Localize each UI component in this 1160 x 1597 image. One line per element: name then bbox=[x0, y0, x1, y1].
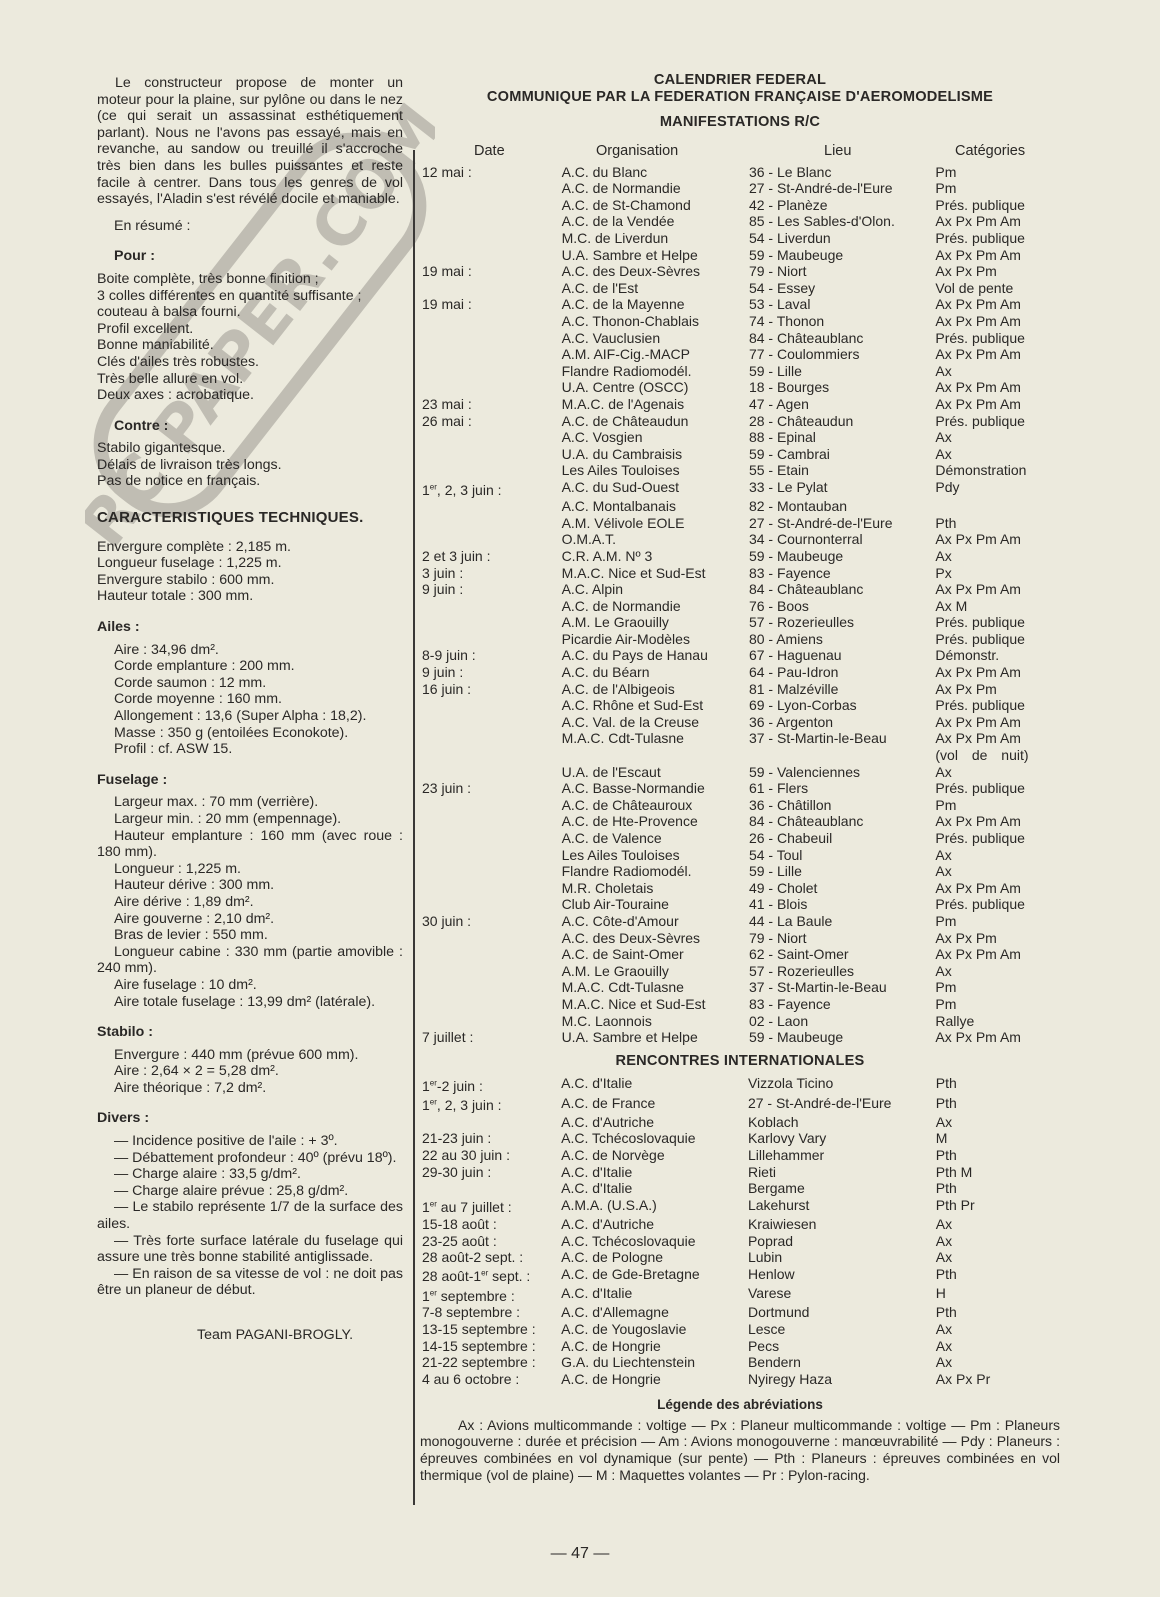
cell-date bbox=[420, 1114, 561, 1131]
cell-categories: Ax Px Pm bbox=[935, 263, 1060, 280]
table-row: 9 juin :A.C. Alpin84 - ChâteaublancAx Px… bbox=[420, 581, 1060, 598]
cell-lieu: 61 - Flers bbox=[749, 780, 935, 797]
cell-categories: Ax Px Pm Am bbox=[935, 1029, 1060, 1046]
cell-categories: Démonstr. bbox=[935, 647, 1060, 664]
cell-organisation: M.R. Choletais bbox=[562, 880, 749, 897]
list-item: Aire : 34,96 dm². bbox=[97, 642, 403, 659]
table-row: 21-22 septembre :G.A. du LiechtensteinBe… bbox=[420, 1354, 1060, 1371]
table-row: 29-30 juin :A.C. d'ItalieRietiPth M bbox=[420, 1164, 1060, 1181]
cell-date: 29-30 juin : bbox=[420, 1164, 561, 1181]
list-item: — Charge alaire prévue : 25,8 g/dm². bbox=[97, 1183, 403, 1200]
table-row: M.R. Choletais49 - CholetAx Px Pm Am bbox=[420, 880, 1060, 897]
summary-label: En résumé : bbox=[97, 218, 403, 235]
cell-lieu: 85 - Les Sables-d'Olon. bbox=[749, 213, 935, 230]
table-row: A.C. de Normandie27 - St-André-de-l'Eure… bbox=[420, 180, 1060, 197]
table-row: 28 août-1er sept. :A.C. de Gde-BretagneH… bbox=[420, 1266, 1060, 1285]
cell-lieu: 57 - Rozerieulles bbox=[749, 614, 935, 631]
cell-lieu: 27 - St-André-de-l'Eure bbox=[749, 515, 935, 532]
cell-organisation: A.C. de l'Est bbox=[562, 280, 749, 297]
cell-categories: Ax Px Pm bbox=[935, 681, 1060, 698]
cell-lieu: 27 - St-André-de-l'Eure bbox=[748, 1095, 934, 1114]
table-row: M.A.C. Cdt-Tulasne37 - St-Martin-le-Beau… bbox=[420, 979, 1060, 996]
cell-lieu: 37 - St-Martin-le-Beau bbox=[749, 730, 935, 747]
table-row: 1er septembre :A.C. d'ItalieVareseH bbox=[420, 1285, 1060, 1304]
cell-date: 28 août-1er sept. : bbox=[420, 1266, 561, 1285]
cell-categories: Prés. publique bbox=[935, 230, 1060, 247]
cell-organisation: A.C. Thonon-Chablais bbox=[562, 313, 749, 330]
cell-date: 22 au 30 juin : bbox=[420, 1147, 561, 1164]
cell-date bbox=[420, 498, 562, 515]
cell-organisation: O.M.A.T. bbox=[562, 531, 749, 548]
cell-lieu: 59 - Maubeuge bbox=[749, 1029, 935, 1046]
table-row: A.M. Le Graouilly57 - RozerieullesAx bbox=[420, 963, 1060, 980]
cell-organisation: A.C. Vosgien bbox=[562, 429, 749, 446]
cell-lieu: 54 - Toul bbox=[749, 847, 935, 864]
cell-lieu: Bergame bbox=[748, 1180, 934, 1197]
table-row: 16 juin :A.C. de l'Albigeois81 - Malzévi… bbox=[420, 681, 1060, 698]
table-row: A.C. d'AutricheKoblachAx bbox=[420, 1114, 1060, 1131]
table-row: 22 au 30 juin :A.C. de NorvègeLillehamme… bbox=[420, 1147, 1060, 1164]
cell-date: 19 mai : bbox=[420, 263, 562, 280]
cell-lieu bbox=[749, 747, 935, 764]
col-header-organisation: Organisation bbox=[560, 143, 748, 160]
cell-organisation: A.C. de St-Chamond bbox=[562, 197, 749, 214]
cell-date bbox=[420, 614, 562, 631]
table-row: A.C. de St-Chamond42 - PlanèzePrés. publ… bbox=[420, 197, 1060, 214]
cell-organisation: M.A.C. de l'Agenais bbox=[562, 396, 749, 413]
cell-categories: Pth bbox=[934, 1180, 1060, 1197]
cell-lieu: 79 - Niort bbox=[749, 930, 935, 947]
table-row: Club Air-Touraine41 - BloisPrés. publiqu… bbox=[420, 896, 1060, 913]
list-item: Profil : cf. ASW 15. bbox=[97, 741, 403, 758]
list-item: Hauteur emplanture : 160 mm (avec roue :… bbox=[97, 828, 403, 861]
cell-categories: Pth bbox=[935, 515, 1060, 532]
cell-date bbox=[420, 896, 562, 913]
list-item: Deux axes : acrobatique. bbox=[97, 387, 403, 404]
cell-date: 7 juillet : bbox=[420, 1029, 562, 1046]
cell-lieu: 64 - Pau-Idron bbox=[749, 664, 935, 681]
list-item: Bras de levier : 550 mm. bbox=[97, 927, 403, 944]
cell-lieu: 83 - Fayence bbox=[749, 996, 935, 1013]
calendar-title: CALENDRIER FEDERAL bbox=[420, 72, 1060, 89]
list-item: Longueur : 1,225 m. bbox=[97, 861, 403, 878]
cell-organisation: M.A.C. Cdt-Tulasne bbox=[562, 730, 749, 747]
cell-categories: Ax Px Pr bbox=[934, 1371, 1060, 1388]
cell-organisation: A.C. de Hte-Provence bbox=[562, 813, 749, 830]
cell-organisation: A.C. Vauclusien bbox=[562, 330, 749, 347]
cell-organisation: A.C. de Valence bbox=[562, 830, 749, 847]
fuselage-heading: Fuselage : bbox=[97, 772, 403, 789]
stabilo-list: Envergure : 440 mm (prévue 600 mm).Aire … bbox=[97, 1047, 403, 1097]
cell-date: 9 juin : bbox=[420, 664, 562, 681]
cell-lieu: Lubin bbox=[748, 1249, 934, 1266]
cell-date bbox=[420, 747, 562, 764]
cell-categories: Ax Px Pm Am bbox=[935, 946, 1060, 963]
cell-categories: Pdy bbox=[935, 479, 1060, 498]
cell-organisation: A.C. de Norvège bbox=[561, 1147, 748, 1164]
table-row: 30 juin :A.C. Côte-d'Amour44 - La BauleP… bbox=[420, 913, 1060, 930]
cell-lieu: 36 - Argenton bbox=[749, 714, 935, 731]
cell-categories: Prés. publique bbox=[935, 413, 1060, 430]
cell-organisation: A.M. Le Graouilly bbox=[562, 963, 749, 980]
cell-date: 1er septembre : bbox=[420, 1285, 561, 1304]
cell-categories: Ax bbox=[935, 363, 1060, 380]
table-row: M.A.C. Nice et Sud-Est83 - FayencePm bbox=[420, 996, 1060, 1013]
cell-categories: Ax bbox=[934, 1249, 1060, 1266]
cell-lieu: 59 - Maubeuge bbox=[749, 548, 935, 565]
table-row: 7-8 septembre :A.C. d'AllemagneDortmundP… bbox=[420, 1304, 1060, 1321]
cell-date bbox=[420, 280, 562, 297]
list-item: Très belle allure en vol. bbox=[97, 371, 403, 388]
table-row: M.A.C. Cdt-Tulasne37 - St-Martin-le-Beau… bbox=[420, 730, 1060, 747]
cell-categories: Prés. publique bbox=[935, 780, 1060, 797]
table-row: 23-25 août :A.C. TchécoslovaquiePopradAx bbox=[420, 1233, 1060, 1250]
table-row: M.C. Laonnois02 - LaonRallye bbox=[420, 1013, 1060, 1030]
cell-categories: Ax Px Pm Am bbox=[935, 880, 1060, 897]
table-row: 3 juin :M.A.C. Nice et Sud-Est83 - Fayen… bbox=[420, 565, 1060, 582]
cell-lieu: Lesce bbox=[748, 1321, 934, 1338]
cell-lieu: 59 - Cambrai bbox=[749, 446, 935, 463]
cell-date bbox=[420, 979, 562, 996]
cell-lieu: Koblach bbox=[748, 1114, 934, 1131]
cell-organisation: A.C. d'Italie bbox=[561, 1285, 748, 1304]
cell-categories: Ax bbox=[934, 1321, 1060, 1338]
article-column: Le constructeur propose de monter un mot… bbox=[97, 75, 403, 1344]
cell-date bbox=[420, 213, 562, 230]
list-item: Largeur max. : 70 mm (verrière). bbox=[97, 794, 403, 811]
cell-categories: Rallye bbox=[935, 1013, 1060, 1030]
cell-organisation: M.C. Laonnois bbox=[562, 1013, 749, 1030]
cell-lieu: 62 - Saint-Omer bbox=[749, 946, 935, 963]
cell-categories: Pth bbox=[934, 1266, 1060, 1285]
table-row: 1er au 7 juillet :A.M.A. (U.S.A.)Lakehur… bbox=[420, 1197, 1060, 1216]
table-row: A.C. Val. de la Creuse36 - ArgentonAx Px… bbox=[420, 714, 1060, 731]
cell-organisation: A.C. du Béarn bbox=[562, 664, 749, 681]
table-row: 14-15 septembre :A.C. de HongriePecsAx bbox=[420, 1338, 1060, 1355]
cell-date bbox=[420, 346, 562, 363]
cell-date bbox=[420, 880, 562, 897]
list-item: — Très forte surface latérale du fuselag… bbox=[97, 1233, 403, 1266]
table-row: A.C. de Normandie76 - BoosAx M bbox=[420, 598, 1060, 615]
cell-categories: Pm bbox=[935, 797, 1060, 814]
list-item: Largeur min. : 20 mm (empennage). bbox=[97, 811, 403, 828]
table-row: 4 au 6 octobre :A.C. de HongrieNyiregy H… bbox=[420, 1371, 1060, 1388]
table-row: 23 juin :A.C. Basse-Normandie61 - FlersP… bbox=[420, 780, 1060, 797]
cell-lieu: 59 - Valenciennes bbox=[749, 764, 935, 781]
cell-organisation: A.C. de France bbox=[561, 1095, 748, 1114]
page-number: — 47 — bbox=[0, 1545, 1160, 1563]
col-header-lieu: Lieu bbox=[748, 143, 935, 160]
list-item: Aire : 2,64 × 2 = 5,28 dm². bbox=[97, 1063, 403, 1080]
legend-heading: Légende des abréviations bbox=[420, 1397, 1060, 1414]
cell-categories: Prés. publique bbox=[935, 631, 1060, 648]
cell-categories: Ax Px Pm Am bbox=[935, 714, 1060, 731]
cell-categories: Ax M bbox=[935, 598, 1060, 615]
cell-organisation: A.C. d'Italie bbox=[561, 1075, 748, 1094]
cell-organisation: A.C. Côte-d'Amour bbox=[562, 913, 749, 930]
cell-categories: Prés. publique bbox=[935, 197, 1060, 214]
cell-categories: Prés. publique bbox=[935, 614, 1060, 631]
list-item: Envergure complète : 2,185 m. bbox=[97, 539, 403, 556]
cell-lieu: 42 - Planèze bbox=[749, 197, 935, 214]
cell-date: 14-15 septembre : bbox=[420, 1338, 561, 1355]
table-row: U.A. de l'Escaut59 - ValenciennesAx bbox=[420, 764, 1060, 781]
list-item: Corde saumon : 12 mm. bbox=[97, 675, 403, 692]
cell-categories: Ax Px Pm Am bbox=[935, 396, 1060, 413]
cell-organisation: A.C. de Yougoslavie bbox=[561, 1321, 748, 1338]
cell-lieu: Lakehurst bbox=[748, 1197, 934, 1216]
table-row: 21-23 juin :A.C. TchécoslovaquieKarlovy … bbox=[420, 1130, 1060, 1147]
cell-organisation: A.C. de Normandie bbox=[562, 598, 749, 615]
table-row: O.M.A.T.34 - CournonterralAx Px Pm Am bbox=[420, 531, 1060, 548]
cell-date bbox=[420, 714, 562, 731]
divers-list: — Incidence positive de l'aile : + 3º.— … bbox=[97, 1133, 403, 1299]
cell-date: 23 juin : bbox=[420, 780, 562, 797]
cell-organisation: A.C. Tchécoslovaquie bbox=[561, 1130, 748, 1147]
cell-date: 9 juin : bbox=[420, 581, 562, 598]
list-item: Hauteur totale : 300 mm. bbox=[97, 588, 403, 605]
intl-heading: RENCONTRES INTERNATIONALES bbox=[420, 1053, 1060, 1070]
cell-organisation: Club Air-Touraine bbox=[562, 896, 749, 913]
cell-categories: Ax Px Pm Am bbox=[935, 379, 1060, 396]
cell-organisation: A.C. de l'Albigeois bbox=[562, 681, 749, 698]
cell-categories: Ax bbox=[935, 963, 1060, 980]
cell-lieu: Kraiwiesen bbox=[748, 1216, 934, 1233]
cell-organisation: A.C. du Blanc bbox=[562, 164, 749, 181]
cell-categories: H bbox=[934, 1285, 1060, 1304]
cell-categories: Ax Px Pm Am bbox=[935, 213, 1060, 230]
article-signature: Team PAGANI-BROGLY. bbox=[97, 1327, 403, 1344]
table-row: 26 mai :A.C. de Châteaudun28 - Châteaudu… bbox=[420, 413, 1060, 430]
list-item: Envergure stabilo : 600 mm. bbox=[97, 572, 403, 589]
cell-date bbox=[420, 697, 562, 714]
cell-lieu: 33 - Le Pylat bbox=[749, 479, 935, 498]
cell-categories: Ax bbox=[935, 764, 1060, 781]
tech-list: Envergure complète : 2,185 m.Longueur fu… bbox=[97, 539, 403, 605]
cell-lieu: 57 - Rozerieulles bbox=[749, 963, 935, 980]
cell-organisation: A.C. Alpin bbox=[562, 581, 749, 598]
cell-categories: Pm bbox=[935, 996, 1060, 1013]
cell-lieu: 84 - Châteaublanc bbox=[749, 330, 935, 347]
cell-date: 23 mai : bbox=[420, 396, 562, 413]
column-divider bbox=[413, 150, 415, 1505]
cell-organisation: M.A.C. Nice et Sud-Est bbox=[562, 996, 749, 1013]
cell-lieu: 18 - Bourges bbox=[749, 379, 935, 396]
cell-organisation: A.C. des Deux-Sèvres bbox=[562, 263, 749, 280]
cell-lieu: 36 - Le Blanc bbox=[749, 164, 935, 181]
cell-date: 12 mai : bbox=[420, 164, 562, 181]
table-row: (vol de nuit) bbox=[420, 747, 1060, 764]
cell-organisation: A.C. d'Italie bbox=[561, 1164, 748, 1181]
cell-date bbox=[420, 830, 562, 847]
list-item: Pas de notice en français. bbox=[97, 473, 403, 490]
table-row: U.A. Centre (OSCC)18 - BourgesAx Px Pm A… bbox=[420, 379, 1060, 396]
cell-categories: Ax bbox=[934, 1114, 1060, 1131]
list-item: Délais de livraison très longs. bbox=[97, 457, 403, 474]
list-item: Aire totale fuselage : 13,99 dm² (latéra… bbox=[97, 994, 403, 1011]
table-row: A.C. de l'Est54 - EsseyVol de pente bbox=[420, 280, 1060, 297]
cell-categories: Ax Px Pm Am bbox=[935, 581, 1060, 598]
cell-categories: Pm bbox=[935, 979, 1060, 996]
cell-organisation: A.C. de Hongrie bbox=[561, 1338, 748, 1355]
cell-organisation: A.C. de la Mayenne bbox=[562, 296, 749, 313]
intl-table-body: 1er-2 juin :A.C. d'ItalieVizzola TicinoP… bbox=[420, 1075, 1060, 1387]
cell-categories: Px bbox=[935, 565, 1060, 582]
cell-date: 1er, 2, 3 juin : bbox=[420, 1095, 561, 1114]
cell-organisation: U.A. Centre (OSCC) bbox=[562, 379, 749, 396]
cell-date: 15-18 août : bbox=[420, 1216, 561, 1233]
cell-categories: Ax bbox=[935, 847, 1060, 864]
cell-date: 1er-2 juin : bbox=[420, 1075, 561, 1094]
calendar-subtitle: COMMUNIQUE PAR LA FEDERATION FRANÇAISE D… bbox=[420, 89, 1060, 106]
cell-date bbox=[420, 847, 562, 864]
table-row: Les Ailes Touloises54 - ToulAx bbox=[420, 847, 1060, 864]
table-row: 1er-2 juin :A.C. d'ItalieVizzola TicinoP… bbox=[420, 1075, 1060, 1094]
cell-date bbox=[420, 813, 562, 830]
cell-date bbox=[420, 863, 562, 880]
cell-lieu: 59 - Lille bbox=[749, 863, 935, 880]
col-header-categories: Catégories bbox=[935, 143, 1060, 160]
cell-organisation: A.C. Val. de la Creuse bbox=[562, 714, 749, 731]
table-row: 19 mai :A.C. des Deux-Sèvres79 - NiortAx… bbox=[420, 263, 1060, 280]
cell-lieu: 27 - St-André-de-l'Eure bbox=[749, 180, 935, 197]
cell-date: 28 août-2 sept. : bbox=[420, 1249, 561, 1266]
cell-lieu: Karlovy Vary bbox=[748, 1130, 934, 1147]
cell-date bbox=[420, 946, 562, 963]
cell-organisation: A.C. Rhône et Sud-Est bbox=[562, 697, 749, 714]
cell-date bbox=[420, 429, 562, 446]
list-item: — En raison de sa vitesse de vol : ne do… bbox=[97, 1266, 403, 1299]
cell-lieu: 55 - Etain bbox=[749, 462, 935, 479]
cell-categories: Démonstration bbox=[935, 462, 1060, 479]
cell-organisation: A.C. de Hongrie bbox=[561, 1371, 748, 1388]
cell-categories: Ax Px Pm Am bbox=[935, 247, 1060, 264]
cell-organisation: A.C. de Châteauroux bbox=[562, 797, 749, 814]
cell-lieu: Nyiregy Haza bbox=[748, 1371, 934, 1388]
list-item: Stabilo gigantesque. bbox=[97, 440, 403, 457]
cell-date bbox=[420, 531, 562, 548]
cell-date: 19 mai : bbox=[420, 296, 562, 313]
cell-lieu: 77 - Coulommiers bbox=[749, 346, 935, 363]
cell-date bbox=[420, 963, 562, 980]
cell-lieu: Lillehammer bbox=[748, 1147, 934, 1164]
cell-date bbox=[420, 313, 562, 330]
cell-organisation: C.R. A.M. Nº 3 bbox=[562, 548, 749, 565]
cell-categories: Prés. publique bbox=[935, 697, 1060, 714]
table-row: 23 mai :M.A.C. de l'Agenais47 - AgenAx P… bbox=[420, 396, 1060, 413]
list-item: Corde moyenne : 160 mm. bbox=[97, 691, 403, 708]
cell-lieu: 44 - La Baule bbox=[749, 913, 935, 930]
cell-date: 21-23 juin : bbox=[420, 1130, 561, 1147]
cell-date bbox=[420, 730, 562, 747]
table-row: 28 août-2 sept. :A.C. de PologneLubinAx bbox=[420, 1249, 1060, 1266]
cell-date bbox=[420, 515, 562, 532]
cell-categories: Pth bbox=[934, 1095, 1060, 1114]
table-row: Picardie Air-Modèles80 - AmiensPrés. pub… bbox=[420, 631, 1060, 648]
table-row: 19 mai :A.C. de la Mayenne53 - LavalAx P… bbox=[420, 296, 1060, 313]
cell-lieu: 80 - Amiens bbox=[749, 631, 935, 648]
cell-organisation: A.C. de Normandie bbox=[562, 180, 749, 197]
list-item: Clés d'ailes très robustes. bbox=[97, 354, 403, 371]
calendar-table-body: 12 mai :A.C. du Blanc36 - Le BlancPmA.C.… bbox=[420, 164, 1060, 1046]
cell-organisation: A.M. Le Graouilly bbox=[562, 614, 749, 631]
cell-categories: Vol de pente bbox=[935, 280, 1060, 297]
cell-organisation: A.C. du Sud-Ouest bbox=[562, 479, 749, 498]
cell-lieu: 36 - Châtillon bbox=[749, 797, 935, 814]
list-item: Aire gouverne : 2,10 dm². bbox=[97, 911, 403, 928]
cell-lieu: 67 - Haguenau bbox=[749, 647, 935, 664]
cell-categories: Ax bbox=[935, 863, 1060, 880]
calendar-table-header: Date Organisation Lieu Catégories bbox=[420, 143, 1060, 160]
cell-date: 2 et 3 juin : bbox=[420, 548, 562, 565]
cell-date bbox=[420, 462, 562, 479]
table-row: A.C. des Deux-Sèvres79 - NiortAx Px Pm bbox=[420, 930, 1060, 947]
list-item: couteau à balsa fourni. bbox=[97, 304, 403, 321]
calendar-column: CALENDRIER FEDERAL COMMUNIQUE PAR LA FED… bbox=[420, 72, 1060, 1483]
table-row: A.C. de Châteauroux36 - ChâtillonPm bbox=[420, 797, 1060, 814]
cell-date: 16 juin : bbox=[420, 681, 562, 698]
list-item: — Débattement profondeur : 40º (prévu 18… bbox=[97, 1150, 403, 1167]
cell-organisation: Les Ailes Touloises bbox=[562, 847, 749, 864]
cell-categories: Pm bbox=[935, 913, 1060, 930]
cell-organisation: A.C. d'Autriche bbox=[561, 1216, 748, 1233]
table-row: A.C. Vosgien88 - EpinalAx bbox=[420, 429, 1060, 446]
cell-lieu: Vizzola Ticino bbox=[748, 1075, 934, 1094]
cell-lieu: 79 - Niort bbox=[749, 263, 935, 280]
table-row: 1er, 2, 3 juin :A.C. de France27 - St-An… bbox=[420, 1095, 1060, 1114]
list-item: Allongement : 13,6 (Super Alpha : 18,2). bbox=[97, 708, 403, 725]
table-row: A.C. de Saint-Omer62 - Saint-OmerAx Px P… bbox=[420, 946, 1060, 963]
cell-categories: Ax Px Pm Am bbox=[935, 531, 1060, 548]
table-row: 15-18 août :A.C. d'AutricheKraiwiesenAx bbox=[420, 1216, 1060, 1233]
cell-organisation: A.C. Montalbanais bbox=[562, 498, 749, 515]
cell-categories: Ax bbox=[934, 1338, 1060, 1355]
pour-list: Boite complète, très bonne finition ;3 c… bbox=[97, 271, 403, 404]
cell-categories: M bbox=[934, 1130, 1060, 1147]
cell-lieu: 74 - Thonon bbox=[749, 313, 935, 330]
table-row: A.C. de la Vendée85 - Les Sables-d'Olon.… bbox=[420, 213, 1060, 230]
table-row: A.C. Montalbanais82 - Montauban bbox=[420, 498, 1060, 515]
cell-lieu: 84 - Châteaublanc bbox=[749, 813, 935, 830]
table-row: Flandre Radiomodél.59 - LilleAx bbox=[420, 363, 1060, 380]
cell-categories: Pm bbox=[935, 164, 1060, 181]
cell-organisation: G.A. du Liechtenstein bbox=[561, 1354, 748, 1371]
table-row: 1er, 2, 3 juin :A.C. du Sud-Ouest33 - Le… bbox=[420, 479, 1060, 498]
table-row: A.M. Le Graouilly57 - RozerieullesPrés. … bbox=[420, 614, 1060, 631]
cell-categories: Ax bbox=[934, 1216, 1060, 1233]
table-row: A.C. de Hte-Provence84 - ChâteaublancAx … bbox=[420, 813, 1060, 830]
cell-organisation: A.C. de Gde-Bretagne bbox=[561, 1266, 748, 1285]
cell-lieu: 54 - Essey bbox=[749, 280, 935, 297]
cell-categories: Pth bbox=[934, 1075, 1060, 1094]
cell-lieu: 84 - Châteaublanc bbox=[749, 581, 935, 598]
cell-lieu: Rieti bbox=[748, 1164, 934, 1181]
cell-categories: Ax bbox=[935, 446, 1060, 463]
cell-categories: Pth bbox=[934, 1304, 1060, 1321]
list-item: Aire fuselage : 10 dm². bbox=[97, 977, 403, 994]
cell-date bbox=[420, 330, 562, 347]
cell-date bbox=[420, 631, 562, 648]
list-item: Aire dérive : 1,89 dm². bbox=[97, 894, 403, 911]
cell-date: 7-8 septembre : bbox=[420, 1304, 561, 1321]
cell-date: 8-9 juin : bbox=[420, 647, 562, 664]
cell-lieu: 02 - Laon bbox=[749, 1013, 935, 1030]
table-row: A.C. Thonon-Chablais74 - ThononAx Px Pm … bbox=[420, 313, 1060, 330]
list-item: Masse : 350 g (entoilées Econokote). bbox=[97, 725, 403, 742]
cell-organisation: M.A.C. Nice et Sud-Est bbox=[562, 565, 749, 582]
cell-organisation: U.A. Sambre et Helpe bbox=[562, 247, 749, 264]
ailes-list: Aire : 34,96 dm².Corde emplanture : 200 … bbox=[97, 642, 403, 758]
